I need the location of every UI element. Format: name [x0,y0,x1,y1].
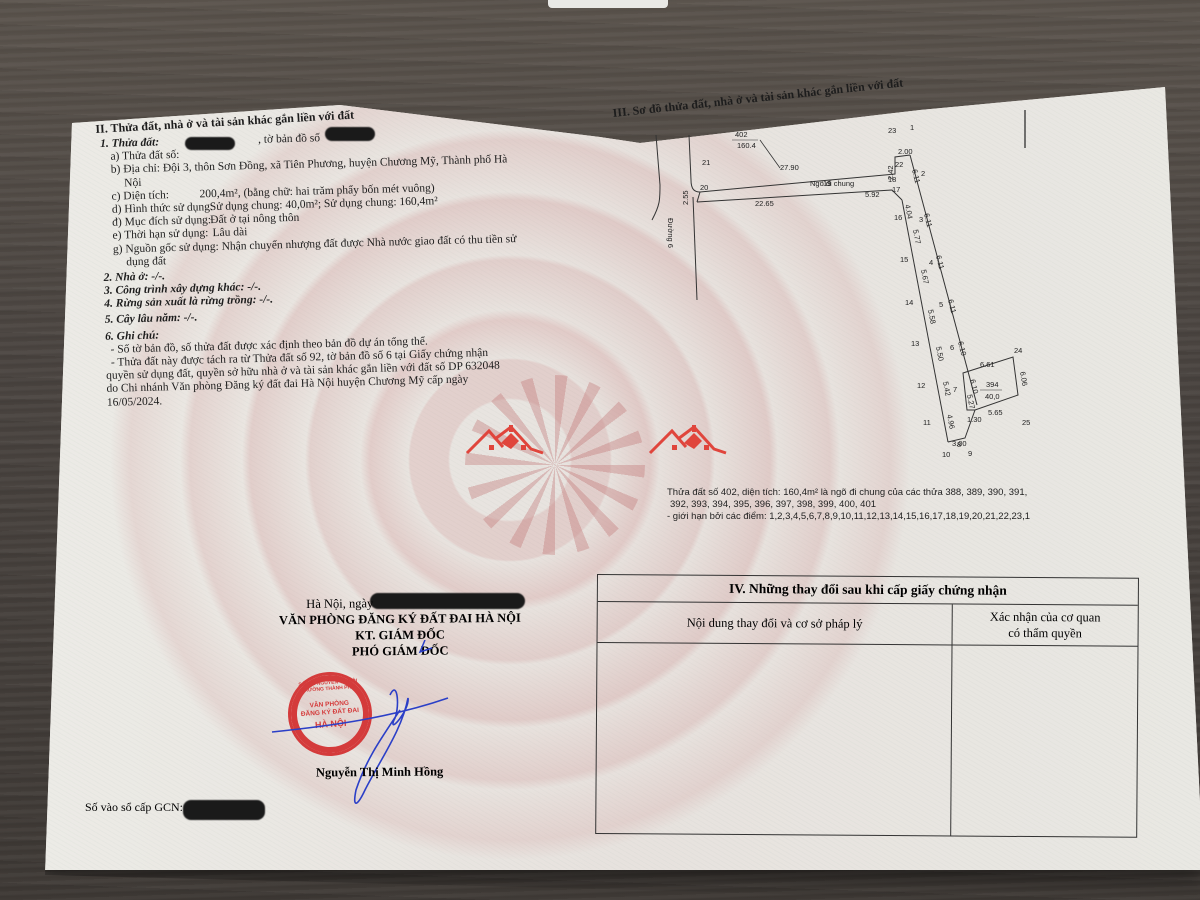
usage-form-label: d) Hình thức sử dụng: [112,201,214,216]
usage-purpose-label: đ) Mục đích sử dụng: [112,214,211,229]
svg-text:10: 10 [942,450,950,459]
svg-text:8: 8 [957,440,961,449]
north-label: B [1020,110,1025,112]
svg-text:5.50: 5.50 [934,346,946,362]
svg-text:160.4: 160.4 [737,141,756,150]
issuing-office: VĂN PHÒNG ĐĂNG KÝ ĐẤT ĐAI HÀ NỘI [255,609,545,628]
svg-text:1.30: 1.30 [967,415,982,424]
svg-text:11: 11 [923,418,931,427]
svg-text:4.04: 4.04 [903,204,915,220]
registry-number-label: Số vào sổ cấp GCN: [85,800,183,815]
svg-text:22.65: 22.65 [755,199,774,208]
svg-text:5.58: 5.58 [926,309,938,325]
lane-label: Ngõ đi chung [810,179,854,188]
svg-text:5.77: 5.77 [911,229,923,245]
other-paper-corner [548,0,668,8]
svg-text:402: 402 [735,130,748,139]
drum-star-emblem [465,375,645,555]
svg-text:13: 13 [911,339,919,348]
house-logo-icon [465,425,545,455]
svg-text:3: 3 [919,215,923,224]
svg-text:6.11: 6.11 [946,298,958,314]
svg-text:25: 25 [1022,418,1030,427]
svg-text:394: 394 [986,380,999,389]
item1-heading: 1. Thửa đất: [100,136,159,150]
svg-text:5.92: 5.92 [865,190,880,199]
authority-confirmation-column: Xác nhận của cơ quancó thẩm quyền [951,604,1138,836]
svg-text:6.11: 6.11 [922,212,934,228]
svg-text:5.67: 5.67 [919,269,931,285]
origin-label: g) Nguồn gốc sử dụng: [113,240,219,255]
col-header-confirmation: Xác nhận của cơ quancó thẩm quyền [953,604,1138,646]
address-label: b) Địa chỉ: [111,163,160,176]
parcel-diagram: B Đường 6 Ngõ đi chung 402 160.4 394 40,… [640,110,1060,470]
svg-text:6: 6 [950,343,954,352]
svg-text:40,0: 40,0 [985,392,1000,401]
svg-text:12: 12 [917,381,925,390]
svg-text:6.11: 6.11 [934,254,946,270]
svg-text:27.90: 27.90 [780,163,799,172]
svg-text:23: 23 [888,126,896,135]
handwritten-signature [270,640,470,810]
redacted-parcel-number [185,137,235,150]
svg-text:20: 20 [700,183,708,192]
section-4-title: IV. Những thay đổi sau khi cấp giấy chứn… [598,575,1138,606]
svg-text:14: 14 [905,298,913,307]
svg-text:2: 2 [921,169,925,178]
svg-text:5.65: 5.65 [988,408,1003,417]
svg-text:1: 1 [910,123,914,132]
parcel-number-label: a) Thửa đất số: [110,149,179,163]
svg-text:2.55: 2.55 [681,190,690,205]
svg-text:18: 18 [888,175,896,184]
svg-text:17: 17 [892,185,900,194]
col-header-content: Nội dung thay đổi và cơ sở pháp lý [598,602,952,645]
svg-text:4.96: 4.96 [945,414,957,430]
svg-text:4: 4 [929,258,933,267]
svg-text:6.10: 6.10 [956,340,968,356]
svg-text:16: 16 [894,213,902,222]
svg-text:7: 7 [953,385,957,394]
map-sheet-label: , tờ bản đồ số [258,132,320,146]
svg-text:24: 24 [1014,346,1022,355]
svg-text:6.10: 6.10 [968,378,980,394]
changes-content-column: Nội dung thay đổi và cơ sở pháp lý [596,602,953,835]
svg-text:9: 9 [968,449,972,458]
signer-name: Nguyễn Thị Minh Hồng [316,764,443,780]
svg-text:19: 19 [823,179,831,188]
svg-text:6.61: 6.61 [980,360,995,369]
redacted-map-sheet [325,127,375,141]
svg-text:21: 21 [702,158,710,167]
road-label: Đường 6 [666,218,675,248]
svg-text:15: 15 [900,255,908,264]
area-label: c) Diện tích: [111,189,169,203]
redacted-gcn-number [183,800,265,820]
svg-text:5.42: 5.42 [941,381,953,397]
parcel-402-note: Thửa đất số 402, diện tích: 160,4m² là n… [667,487,1030,523]
svg-text:22: 22 [895,160,903,169]
svg-text:6.06: 6.06 [1018,371,1029,387]
usage-term-label: e) Thời hạn sử dụng: [112,228,208,243]
origin-value-cont: dụng đất [126,255,166,268]
usage-purpose-value: Đất ở tại nông thôn [210,212,299,226]
usage-term-value: Lâu dài [212,226,247,239]
parcel-details: 1. Thửa đất: , tờ bản đồ số a) Thửa đất … [100,127,521,409]
address-value-cont: Nội [124,176,142,188]
svg-text:5: 5 [939,300,943,309]
point-numbers: 212019 182223 1217 161514 131211 1098 76… [700,123,1030,459]
changes-table: IV. Những thay đổi sau khi cấp giấy chứn… [595,574,1139,838]
svg-text:2.00: 2.00 [898,147,913,156]
